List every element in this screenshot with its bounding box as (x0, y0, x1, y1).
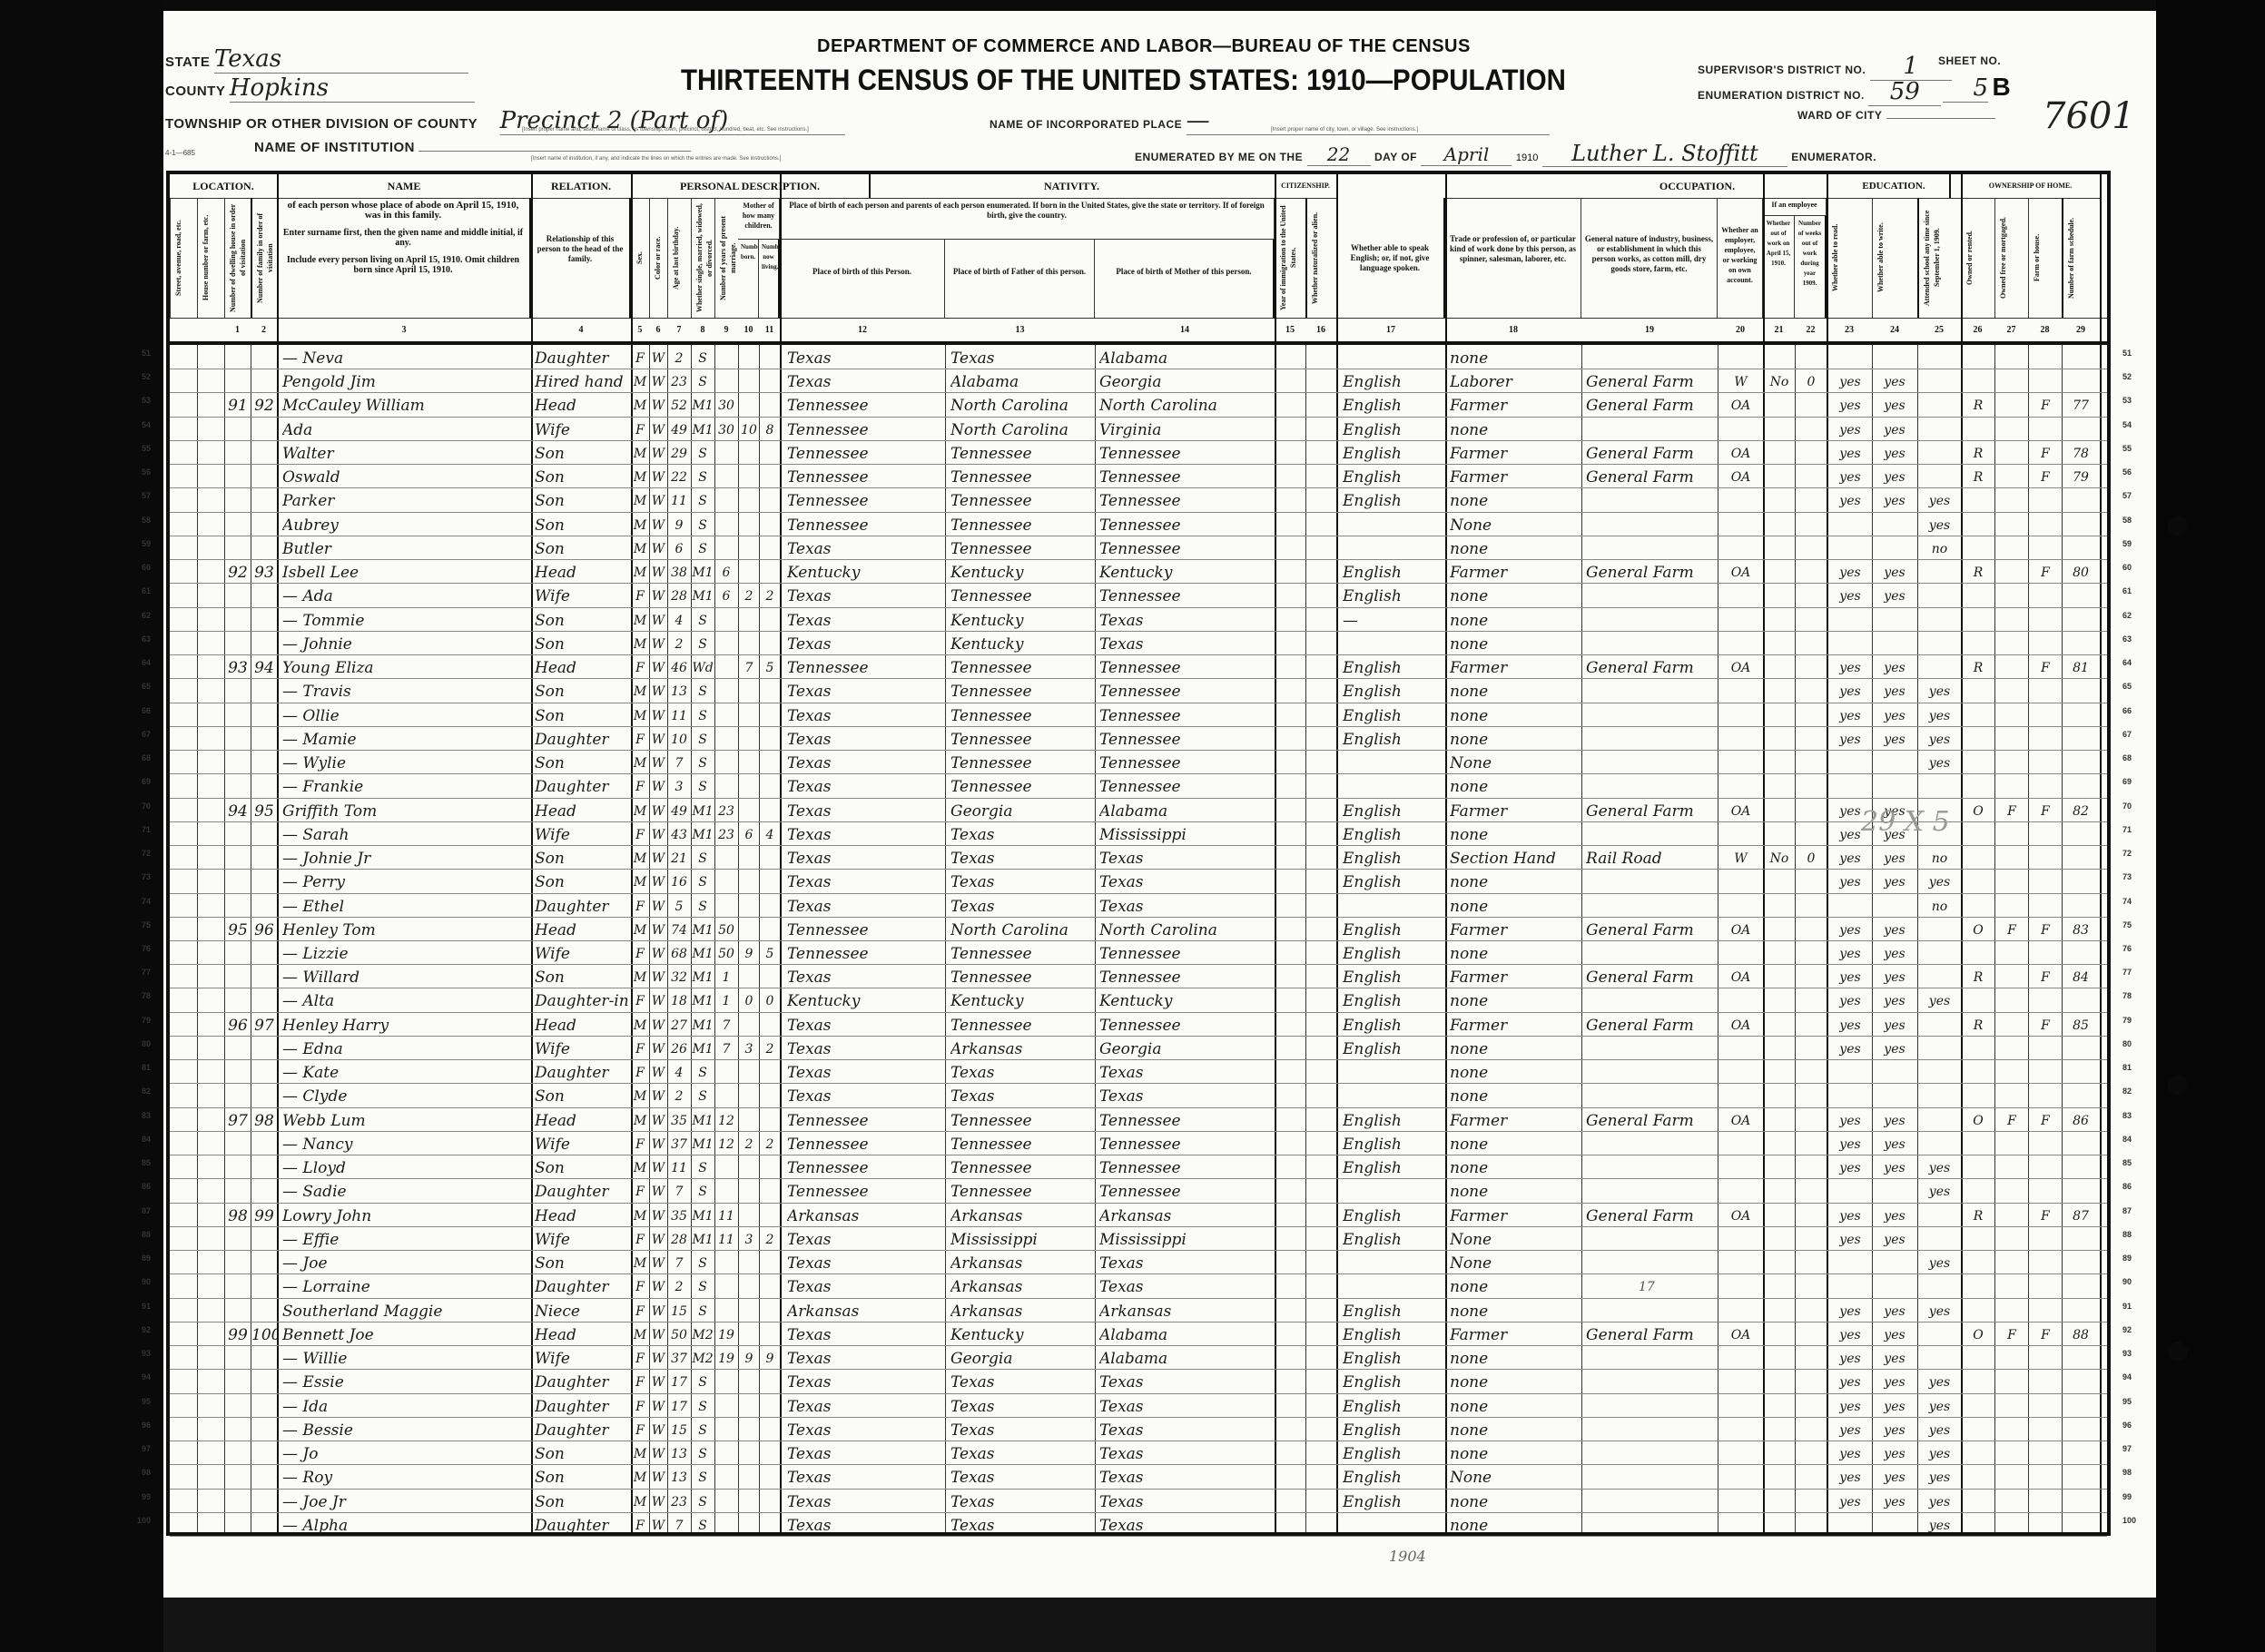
cell-family (251, 773, 277, 798)
cell-marital: S (692, 369, 714, 393)
cell-name: — Willie (282, 1345, 527, 1370)
cell-race: W (650, 845, 666, 870)
cell-industry: General Farm (1586, 559, 1715, 584)
cell-age: 21 (668, 845, 690, 870)
cell-father: Tennessee (950, 1107, 1092, 1132)
institution-label: Name of institution (254, 140, 415, 155)
cell-sched (2063, 583, 2098, 607)
cell-living: 9 (760, 1345, 780, 1370)
table-row: — EthelDaughterFW5STexasTexasTexasnoneno (170, 893, 2107, 918)
cell-dwelling (226, 1441, 250, 1465)
line-number: 58 (123, 516, 151, 525)
cell-dwelling (226, 1059, 250, 1084)
cell-marital: S (692, 1369, 714, 1393)
cell-father: Texas (950, 345, 1092, 369)
cell-dwelling: 96 (226, 1012, 250, 1037)
cell-mother: Tennessee (1099, 1131, 1272, 1155)
cell-trade: None (1450, 1250, 1579, 1274)
cell-english: English (1343, 1203, 1443, 1227)
cell-yrs: 19 (715, 1322, 737, 1346)
cell-father: Tennessee (950, 1012, 1092, 1037)
cell-emp (1720, 1345, 1761, 1370)
group-ownership: Ownership of Home. (1961, 174, 2102, 199)
cell-born (739, 703, 759, 727)
cell-english: English (1343, 726, 1443, 751)
cell-own: R (1963, 440, 1994, 465)
cell-trade: Farmer (1450, 559, 1579, 584)
cell-english (1343, 1083, 1443, 1107)
cell-weeks (1797, 417, 1826, 441)
cell-family (251, 1059, 277, 1084)
cell-own (1963, 1059, 1994, 1084)
cell-emp (1720, 1059, 1761, 1084)
cell-race: W (650, 1489, 666, 1513)
cell-relation: Wife (535, 1131, 629, 1155)
cell-age: 50 (668, 1322, 690, 1346)
cell-out (1765, 559, 1794, 584)
cell-race: W (650, 1345, 666, 1370)
cell-emp (1720, 1273, 1761, 1298)
line-number: 56 (2122, 467, 2132, 477)
cell-free (1996, 1178, 2027, 1203)
cell-read: yes (1829, 464, 1871, 488)
cell-trade: Farmer (1450, 1107, 1579, 1132)
cell-mother: Tennessee (1099, 750, 1272, 774)
cell-father: Kentucky (950, 988, 1092, 1012)
cell-yrs: 12 (715, 1131, 737, 1155)
cell-marital: S (692, 1298, 714, 1323)
line-number: 79 (123, 1016, 151, 1025)
cell-industry (1586, 1393, 1715, 1418)
cell-school (1919, 631, 1960, 655)
cell-english: English (1343, 1226, 1443, 1251)
cell-out: No (1765, 845, 1794, 870)
cell-name: — Ada (282, 583, 527, 607)
cell-sex: F (632, 1226, 648, 1251)
cell-sched: 81 (2063, 654, 2098, 679)
cell-industry (1586, 1369, 1715, 1393)
cell-sched (2063, 369, 2098, 393)
cell-living (760, 1083, 780, 1107)
cell-born (739, 487, 759, 512)
cell-living (760, 512, 780, 536)
cell-weeks (1797, 773, 1826, 798)
cell-mother: Tennessee (1099, 1178, 1272, 1203)
cell-born (739, 1512, 759, 1537)
cell-school: yes (1919, 1250, 1960, 1274)
cell-yrs: 1 (715, 988, 737, 1012)
cell-born: 2 (739, 583, 759, 607)
line-number: 88 (123, 1230, 151, 1239)
cell-school: yes (1919, 869, 1960, 893)
cell-race: W (650, 1107, 666, 1132)
cell-sched (2063, 1489, 2098, 1513)
cell-trade: Laborer (1450, 369, 1579, 393)
cell-free (1996, 654, 2027, 679)
cell-sched (2063, 845, 2098, 870)
cell-marital: M1 (692, 1131, 714, 1155)
cell-english: English (1343, 559, 1443, 584)
cell-birth: Texas (787, 1012, 941, 1037)
cell-birth: Texas (787, 607, 941, 632)
cell-own: R (1963, 964, 1994, 988)
cell-farm (2030, 607, 2061, 632)
enumeration-value: 59 (1868, 78, 1941, 106)
cell-sex: M (632, 845, 648, 870)
cell-farm (2030, 821, 2061, 846)
cell-age: 7 (668, 1512, 690, 1537)
cell-marital: M1 (692, 392, 714, 417)
cell-write (1874, 1250, 1915, 1274)
cell-write (1874, 773, 1915, 798)
line-number: 96 (123, 1421, 151, 1430)
line-number: 74 (123, 897, 151, 906)
cell-sex: M (632, 1441, 648, 1465)
cell-name: — Willard (282, 964, 527, 988)
cell-father: North Carolina (950, 917, 1092, 941)
cell-weeks (1797, 1250, 1826, 1274)
table-row: — KateDaughterFW4STexasTexasTexasnone (170, 1059, 2107, 1084)
cell-born (739, 798, 759, 822)
cell-own (1963, 678, 1994, 703)
cell-industry (1586, 1059, 1715, 1084)
cell-age: 68 (668, 940, 690, 965)
cell-weeks (1797, 1155, 1826, 1179)
cell-free (1996, 940, 2027, 965)
cell-own (1963, 1178, 1994, 1203)
cell-race: W (650, 1083, 666, 1107)
cell-race: W (650, 940, 666, 965)
cell-sched: 88 (2063, 1322, 2098, 1346)
cell-name: — Ethel (282, 893, 527, 918)
cell-father: Georgia (950, 798, 1092, 822)
cell-born (739, 536, 759, 560)
cell-school: yes (1919, 703, 1960, 727)
cell-age: 2 (668, 345, 690, 369)
cell-own (1963, 773, 1994, 798)
cell-free (1996, 703, 2027, 727)
cell-farm (2030, 1250, 2061, 1274)
cell-free (1996, 607, 2027, 632)
cell-sex: F (632, 726, 648, 751)
cell-dwelling (226, 583, 250, 607)
cell-english: English (1343, 845, 1443, 870)
cell-free (1996, 1203, 2027, 1227)
cell-yrs (715, 1489, 737, 1513)
cell-birth: Texas (787, 964, 941, 988)
sheet-number-value: 5 B (1943, 73, 2011, 103)
cell-relation: Head (535, 917, 629, 941)
table-row: — SarahWifeFW43M12364TexasTexasMississip… (170, 821, 2107, 846)
cell-weeks (1797, 654, 1826, 679)
cell-out (1765, 392, 1794, 417)
cell-family (251, 1131, 277, 1155)
cell-farm: F (2030, 464, 2061, 488)
cell-relation: Daughter (535, 1393, 629, 1418)
cell-farm (2030, 631, 2061, 655)
cell-relation: Head (535, 392, 629, 417)
cell-farm (2030, 940, 2061, 965)
line-number: 57 (123, 491, 151, 500)
cell-out (1765, 1226, 1794, 1251)
cell-birth: Kentucky (787, 559, 941, 584)
cell-sex: F (632, 1512, 648, 1537)
cell-yrs (715, 1393, 737, 1418)
cell-mother: Tennessee (1099, 583, 1272, 607)
cell-own: R (1963, 392, 1994, 417)
cell-marital: S (692, 536, 714, 560)
cell-weeks (1797, 487, 1826, 512)
cell-out (1765, 821, 1794, 846)
cell-marital: M1 (692, 964, 714, 988)
cell-relation: Son (535, 1441, 629, 1465)
cell-marital: M1 (692, 798, 714, 822)
cell-age: 52 (668, 392, 690, 417)
cell-weeks (1797, 1369, 1826, 1393)
line-number: 59 (123, 539, 151, 548)
line-number: 60 (2122, 563, 2132, 572)
cell-sex: M (632, 1250, 648, 1274)
cell-industry: General Farm (1586, 1322, 1715, 1346)
cell-farm (2030, 750, 2061, 774)
cell-emp: OA (1720, 1203, 1761, 1227)
cell-farm (2030, 726, 2061, 751)
cell-sched (2063, 1369, 2098, 1393)
cell-born (739, 1059, 759, 1084)
cell-industry (1586, 1250, 1715, 1274)
cell-write: yes (1874, 654, 1915, 679)
cell-marital: M1 (692, 1107, 714, 1132)
cell-name: — Ollie (282, 703, 527, 727)
cell-sex: F (632, 345, 648, 369)
cell-mother: Texas (1099, 1273, 1272, 1298)
cell-own (1963, 988, 1994, 1012)
cell-age: 28 (668, 1226, 690, 1251)
cell-mother: Arkansas (1099, 1203, 1272, 1227)
cell-born (739, 369, 759, 393)
cell-yrs: 23 (715, 798, 737, 822)
cell-industry (1586, 893, 1715, 918)
cell-race: W (650, 917, 666, 941)
cell-relation: Daughter (535, 345, 629, 369)
cell-out (1765, 512, 1794, 536)
cell-birth: Tennessee (787, 512, 941, 536)
line-number: 68 (123, 753, 151, 762)
line-number: 51 (2122, 349, 2132, 358)
cell-trade: none (1450, 988, 1579, 1012)
line-number: 76 (2122, 944, 2132, 953)
cell-yrs (715, 1178, 737, 1203)
cell-school: yes (1919, 1441, 1960, 1465)
cell-mother: Texas (1099, 1512, 1272, 1537)
line-number: 52 (2122, 372, 2132, 381)
line-number: 90 (2122, 1277, 2132, 1286)
cell-father: Texas (950, 1417, 1092, 1441)
cell-english: English (1343, 678, 1443, 703)
cell-relation: Son (535, 631, 629, 655)
cell-farm (2030, 869, 2061, 893)
cell-english: English (1343, 703, 1443, 727)
cell-father: Tennessee (950, 440, 1092, 465)
cell-born (739, 964, 759, 988)
cell-birth: Texas (787, 1512, 941, 1537)
cell-mother: Texas (1099, 845, 1272, 870)
cell-born: 2 (739, 1131, 759, 1155)
cell-age: 17 (668, 1369, 690, 1393)
cell-read: yes (1829, 392, 1871, 417)
cell-birth: Texas (787, 1226, 941, 1251)
cell-free (1996, 583, 2027, 607)
cell-sched (2063, 893, 2098, 918)
cell-family (251, 512, 277, 536)
cell-race: W (650, 1441, 666, 1465)
cell-race: W (650, 417, 666, 441)
cell-industry (1586, 1298, 1715, 1323)
line-number: 97 (2122, 1444, 2132, 1453)
cell-born (739, 464, 759, 488)
cell-dwelling (226, 1273, 250, 1298)
cell-father: Texas (950, 869, 1092, 893)
cell-relation: Niece (535, 1298, 629, 1323)
cell-industry (1586, 1226, 1715, 1251)
line-number: 93 (123, 1349, 151, 1358)
cell-yrs: 12 (715, 1107, 737, 1132)
cell-name: Walter (282, 440, 527, 465)
cell-dwelling (226, 536, 250, 560)
cell-mother: Texas (1099, 1464, 1272, 1489)
line-number: 71 (2122, 825, 2132, 834)
header-employer: Whether an employer, employee, or workin… (1718, 198, 1763, 318)
cell-mother: Tennessee (1099, 1107, 1272, 1132)
cell-birth: Texas (787, 1393, 941, 1418)
cell-school: yes (1919, 750, 1960, 774)
cell-trade: none (1450, 821, 1579, 846)
cell-emp (1720, 1489, 1761, 1513)
cell-industry (1586, 703, 1715, 727)
cell-yrs (715, 345, 737, 369)
cell-farm: F (2030, 1322, 2061, 1346)
cell-out (1765, 1393, 1794, 1418)
cell-school (1919, 1226, 1960, 1251)
cell-yrs: 30 (715, 392, 737, 417)
cell-sched (2063, 487, 2098, 512)
cell-out (1765, 726, 1794, 751)
institution-field: Name of institution (254, 140, 691, 156)
cell-relation: Head (535, 1107, 629, 1132)
cell-marital: S (692, 750, 714, 774)
cell-school: yes (1919, 988, 1960, 1012)
cell-birth: Texas (787, 678, 941, 703)
cell-born (739, 773, 759, 798)
line-number: 92 (2122, 1325, 2132, 1334)
cell-born: 3 (739, 1036, 759, 1060)
cell-sex: M (632, 536, 648, 560)
enumerated-label: Enumerated by me on the (1135, 151, 1303, 163)
cell-family (251, 583, 277, 607)
cell-own (1963, 345, 1994, 369)
cell-english: English (1343, 917, 1443, 941)
line-number: 69 (123, 777, 151, 786)
cell-sex: M (632, 369, 648, 393)
cell-industry (1586, 869, 1715, 893)
cell-trade: Farmer (1450, 392, 1579, 417)
header-relation-description: Relationship of this person to the head … (531, 198, 631, 318)
header-read: Whether able to read. (1827, 198, 1872, 318)
cell-write (1874, 1178, 1915, 1203)
cell-own (1963, 1369, 1994, 1393)
cell-weeks (1797, 869, 1826, 893)
cell-free (1996, 1345, 2027, 1370)
cell-birth: Texas (787, 773, 941, 798)
cell-race: W (650, 583, 666, 607)
cell-mother: Tennessee (1099, 773, 1272, 798)
cell-mother: Texas (1099, 893, 1272, 918)
cell-birth: Tennessee (787, 1178, 941, 1203)
cell-industry (1586, 1131, 1715, 1155)
cell-yrs: 30 (715, 417, 737, 441)
cell-out (1765, 1155, 1794, 1179)
cell-trade: none (1450, 536, 1579, 560)
cell-marital: S (692, 1273, 714, 1298)
population-schedule-table: Location. Name Relation. Personal Descri… (166, 171, 2111, 1536)
cell-relation: Wife (535, 940, 629, 965)
cell-farm: F (2030, 917, 2061, 941)
cell-race: W (650, 440, 666, 465)
cell-mother: Tennessee (1099, 487, 1272, 512)
header-immigration-year: Year of immigration to the United States… (1275, 198, 1305, 318)
cell-family: 92 (251, 392, 277, 417)
cell-dwelling (226, 1489, 250, 1513)
cell-read: yes (1829, 845, 1871, 870)
cell-emp (1720, 536, 1761, 560)
header-house-number: House number or farm, etc. (197, 198, 224, 318)
cell-marital: S (692, 512, 714, 536)
cell-english: English (1343, 1036, 1443, 1060)
cell-sex: M (632, 798, 648, 822)
cell-write: yes (1874, 487, 1915, 512)
table-row: — MamieDaughterFW10STexasTennesseeTennes… (170, 726, 2107, 751)
cell-emp: W (1720, 369, 1761, 393)
cell-own (1963, 583, 1994, 607)
cell-sched (2063, 726, 2098, 751)
cell-name: — Edna (282, 1036, 527, 1060)
cell-age: 74 (668, 917, 690, 941)
cell-read: yes (1829, 417, 1871, 441)
cell-birth: Texas (787, 1345, 941, 1370)
header-farm-house: Farm or house. (2028, 198, 2062, 318)
cell-weeks (1797, 631, 1826, 655)
cell-english: English (1343, 1417, 1443, 1441)
cell-age: 43 (668, 821, 690, 846)
cell-marital: S (692, 726, 714, 751)
cell-born (739, 893, 759, 918)
cell-industry (1586, 1345, 1715, 1370)
cell-industry (1586, 631, 1715, 655)
cell-sched (2063, 678, 2098, 703)
cell-yrs (715, 1369, 737, 1393)
cell-read: yes (1829, 1464, 1871, 1489)
cell-trade: none (1450, 893, 1579, 918)
cell-relation: Wife (535, 583, 629, 607)
enumerated-month: April (1421, 143, 1512, 166)
cell-name: Oswald (282, 464, 527, 488)
cell-name: — Lorraine (282, 1273, 527, 1298)
table-row: 9293Isbell LeeHeadMW38M16KentuckyKentuck… (170, 559, 2107, 584)
cell-industry: General Farm (1586, 917, 1715, 941)
cell-age: 5 (668, 893, 690, 918)
cell-write (1874, 607, 1915, 632)
header-dwelling-number: Number of dwelling house in order of vis… (224, 198, 251, 318)
